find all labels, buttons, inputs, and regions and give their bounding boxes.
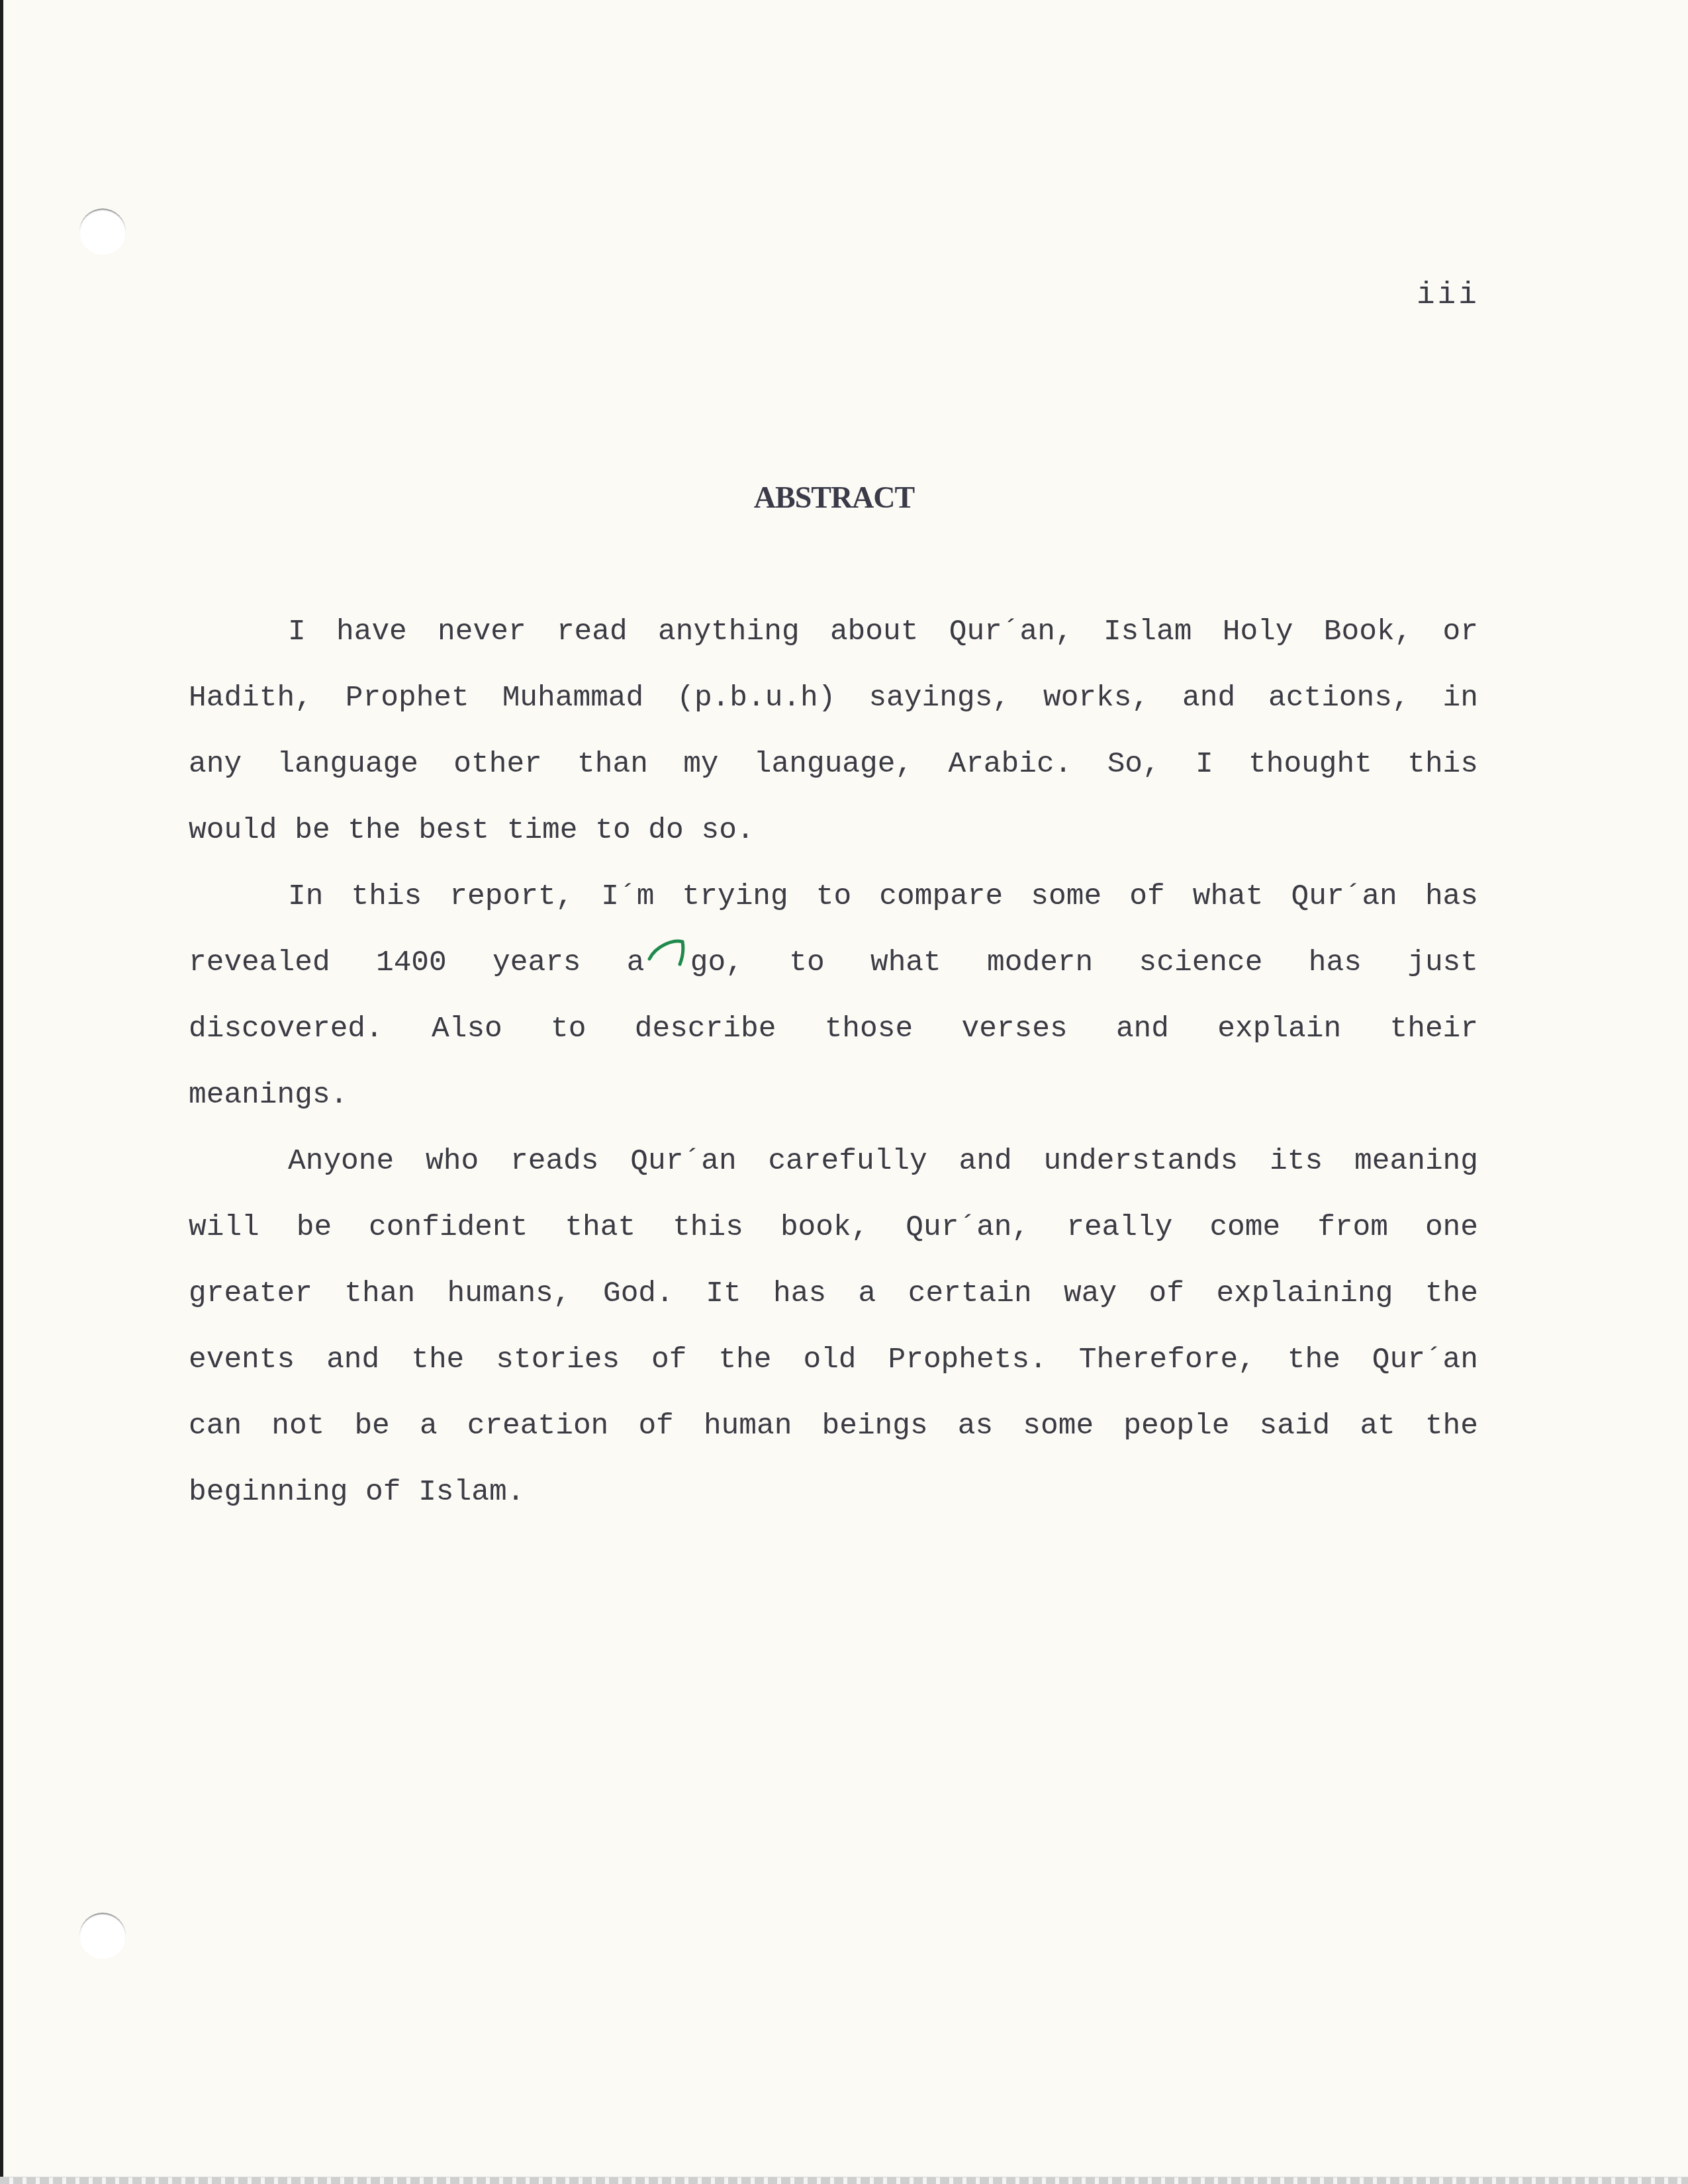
punch-hole-top: [79, 208, 126, 255]
correction-mark-icon: [645, 936, 692, 976]
paragraph-2-line-2: revealed 1400 years a go, to what modern…: [189, 943, 1478, 983]
paragraph-1-line-3: any language other than my language, Ara…: [189, 745, 1478, 784]
paragraph-3-line-1: Anyone who reads Qur´an carefully and un…: [288, 1142, 1478, 1181]
paragraph-3-line-5: can not be a creation of human beings as…: [189, 1406, 1478, 1446]
paragraph-1-line-1: I have never read anything about Qur´an,…: [288, 612, 1478, 652]
paragraph-1-line-4: would be the best time to do so.: [189, 811, 1478, 850]
paragraph-3-line-3: greater than humans, God. It has a certa…: [189, 1274, 1478, 1314]
scan-bottom-edge: [0, 2177, 1688, 2184]
paragraph-2-line-4: meanings.: [189, 1075, 1478, 1115]
scan-left-edge: [0, 0, 3, 2184]
scanned-page: iii ABSTRACT I have never read anything …: [0, 0, 1688, 2184]
paragraph-3-line-6: beginning of Islam.: [189, 1473, 1478, 1512]
paragraph-1-line-2: Hadith, Prophet Muhammad (p.b.u.h) sayin…: [189, 678, 1478, 718]
paragraph-3-line-4: events and the stories of the old Prophe…: [189, 1340, 1478, 1380]
punch-hole-bottom: [79, 1913, 126, 1959]
paragraph-3-line-2: will be confident that this book, Qur´an…: [189, 1208, 1478, 1248]
page-number: iii: [1417, 278, 1479, 312]
paragraph-2-line-1: In this report, I´m trying to compare so…: [288, 877, 1478, 917]
page-title: ABSTRACT: [0, 480, 1668, 515]
paragraph-2-line-3: discovered. Also to describe those verse…: [189, 1009, 1478, 1049]
